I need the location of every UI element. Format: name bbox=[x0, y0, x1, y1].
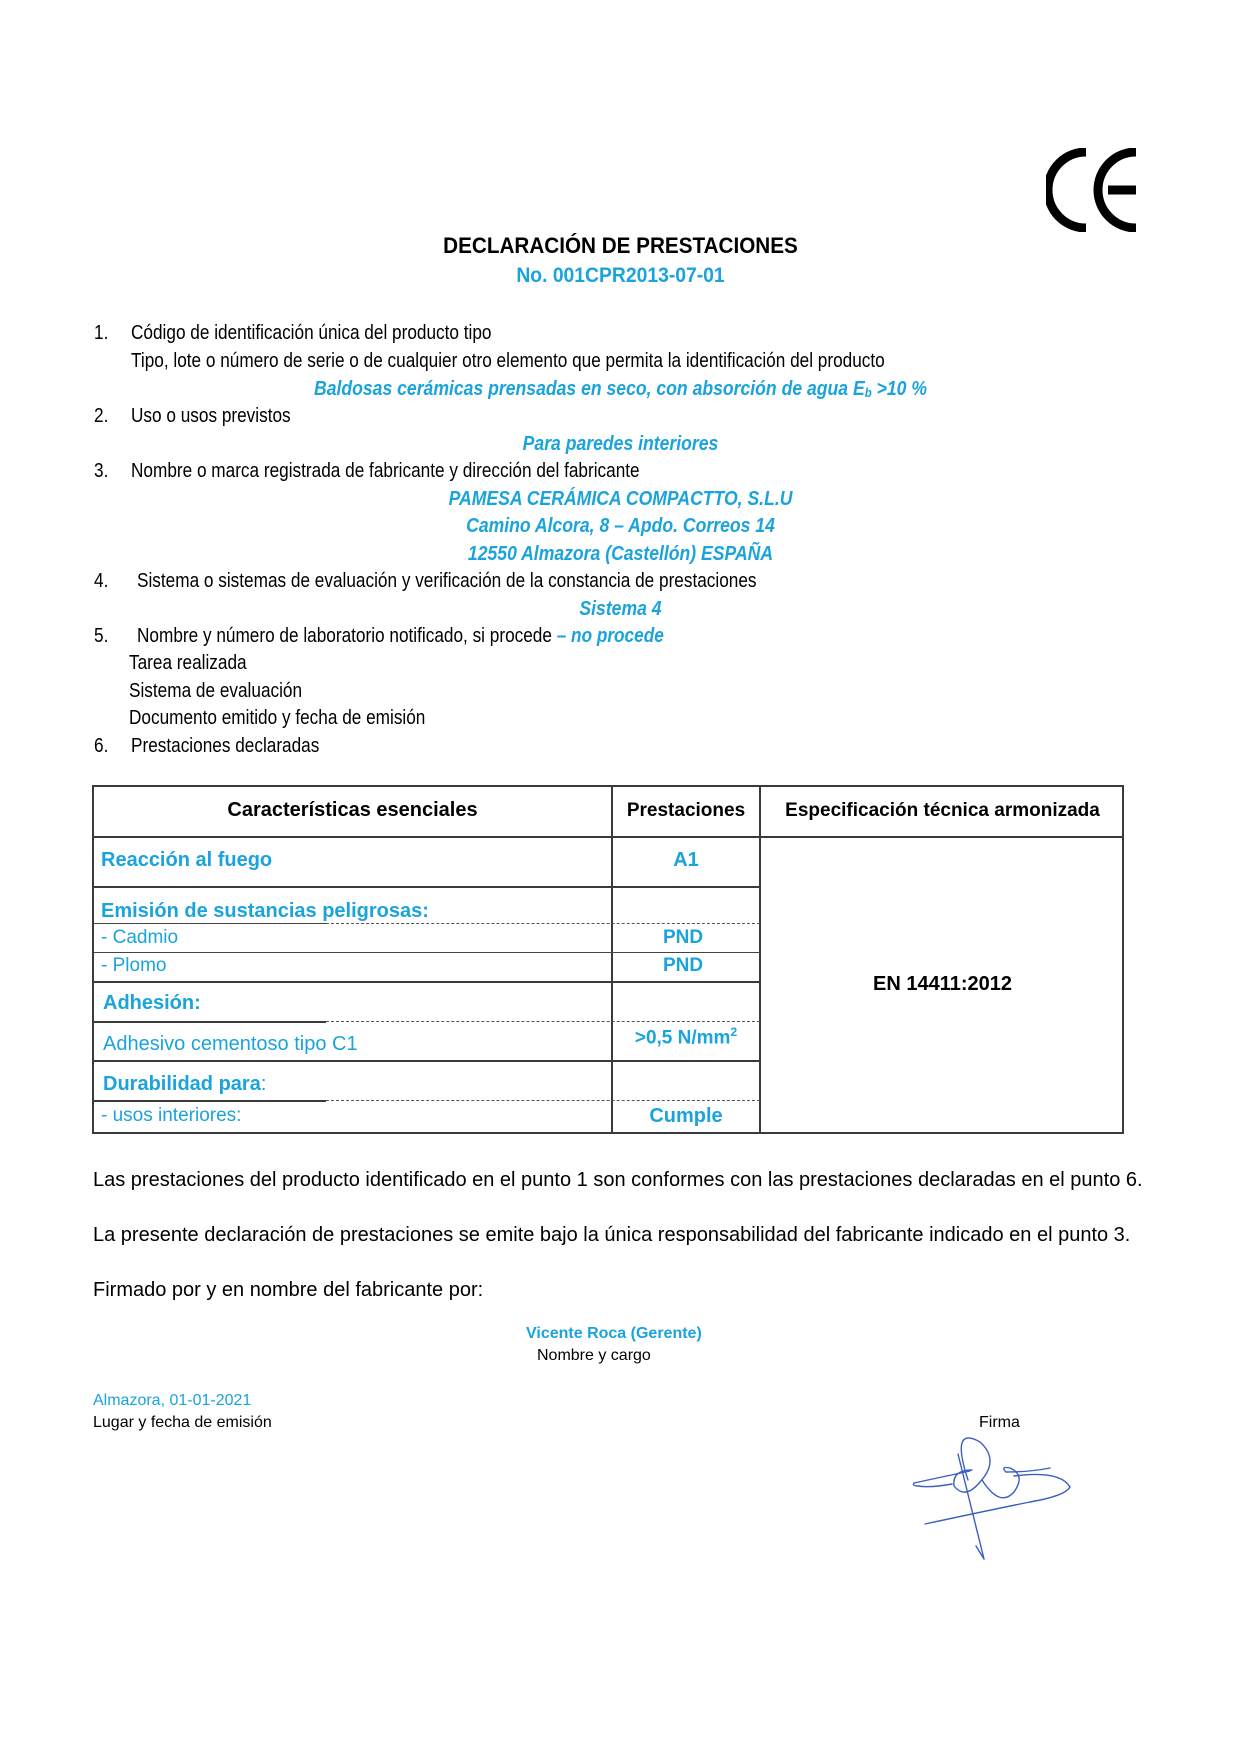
row-performance: Cumple bbox=[613, 1105, 759, 1128]
section-4-number: 4. bbox=[94, 570, 108, 593]
row-characteristic: - Cadmio bbox=[101, 927, 178, 949]
row-divider bbox=[94, 923, 326, 924]
row-characteristic: Adhesivo cementoso tipo C1 bbox=[103, 1033, 358, 1056]
section-6-number: 6. bbox=[94, 735, 108, 758]
row-characteristic: - usos interiores: bbox=[101, 1105, 241, 1127]
manufacturer-address: Camino Alcora, 8 – Apdo. Correos 14 bbox=[74, 515, 1166, 538]
header-characteristics: Características esenciales bbox=[94, 799, 611, 822]
row-characteristic: Durabilidad para: bbox=[103, 1073, 266, 1096]
column-divider bbox=[759, 787, 761, 1132]
row-performance: A1 bbox=[613, 849, 759, 872]
section-1-label: Código de identificación única del produ… bbox=[131, 322, 491, 345]
manufacturer-city: 12550 Almazora (Castellón) ESPAÑA bbox=[74, 543, 1166, 566]
ce-mark-icon bbox=[1046, 148, 1142, 232]
row-divider bbox=[94, 952, 760, 953]
document-number: No. 001CPR2013-07-01 bbox=[50, 264, 1192, 288]
section-5-label: Nombre y número de laboratorio notificad… bbox=[137, 625, 664, 648]
row-performance: >0,5 N/mm2 bbox=[613, 1025, 759, 1049]
row-divider-dashed bbox=[326, 1021, 760, 1022]
place-date: Almazora, 01-01-2021 bbox=[93, 1392, 251, 1410]
document-title: DECLARACIÓN DE PRESTACIONES bbox=[37, 233, 1204, 259]
header-performance: Prestaciones bbox=[613, 800, 759, 822]
performance-table: Características esenciales Prestaciones … bbox=[92, 785, 1124, 1134]
section-5-value: – no procede bbox=[552, 625, 664, 647]
row-divider-dashed bbox=[326, 1100, 760, 1101]
section-5-subline: Documento emitido y fecha de emisión bbox=[129, 707, 425, 730]
signatory-name-label: Nombre y cargo bbox=[537, 1347, 651, 1365]
section-2-label: Uso o usos previstos bbox=[131, 405, 291, 428]
row-divider bbox=[94, 1060, 760, 1062]
signed-by-statement: Firmado por y en nombre del fabricante p… bbox=[93, 1277, 1146, 1305]
harmonized-specification: EN 14411:2012 bbox=[761, 973, 1124, 996]
section-1-sublabel: Tipo, lote o número de serie o de cualqu… bbox=[131, 350, 885, 373]
section-6-label: Prestaciones declaradas bbox=[131, 735, 319, 758]
row-divider bbox=[94, 836, 1124, 838]
section-4-value: Sistema 4 bbox=[74, 598, 1166, 621]
signatory-name: Vicente Roca (Gerente) bbox=[526, 1325, 702, 1343]
header-specification: Especificación técnica armonizada bbox=[761, 800, 1124, 822]
responsibility-statement: La presente declaración de prestaciones … bbox=[93, 1222, 1146, 1250]
section-5-number: 5. bbox=[94, 625, 108, 648]
section-2-number: 2. bbox=[94, 405, 108, 428]
row-characteristic: Reacción al fuego bbox=[101, 849, 272, 872]
section-2-value: Para paredes interiores bbox=[74, 433, 1166, 456]
row-divider-dashed bbox=[326, 923, 760, 924]
section-5-subline: Sistema de evaluación bbox=[129, 680, 302, 703]
row-divider bbox=[94, 1021, 326, 1023]
section-4-label: Sistema o sistemas de evaluación y verif… bbox=[137, 570, 757, 593]
section-5-subline: Tarea realizada bbox=[129, 652, 247, 675]
manufacturer-name: PAMESA CERÁMICA COMPACTTO, S.L.U bbox=[74, 488, 1166, 511]
section-3-label: Nombre o marca registrada de fabricante … bbox=[131, 460, 640, 483]
row-divider bbox=[94, 886, 760, 888]
conformity-statement: Las prestaciones del producto identifica… bbox=[93, 1167, 1146, 1195]
row-performance: PND bbox=[613, 955, 753, 977]
place-date-label: Lugar y fecha de emisión bbox=[93, 1414, 272, 1432]
row-characteristic: Adhesión: bbox=[103, 992, 201, 1015]
section-1-number: 1. bbox=[94, 322, 108, 345]
handwritten-signature-icon bbox=[910, 1430, 1090, 1570]
row-divider bbox=[94, 981, 760, 983]
row-performance: PND bbox=[613, 927, 753, 949]
row-characteristic: Emisión de sustancias peligrosas: bbox=[101, 900, 429, 923]
section-1-value: Baldosas cerámicas prensadas en seco, co… bbox=[74, 378, 1166, 401]
row-divider bbox=[94, 1100, 326, 1102]
row-characteristic: - Plomo bbox=[101, 955, 166, 977]
section-3-number: 3. bbox=[94, 460, 108, 483]
